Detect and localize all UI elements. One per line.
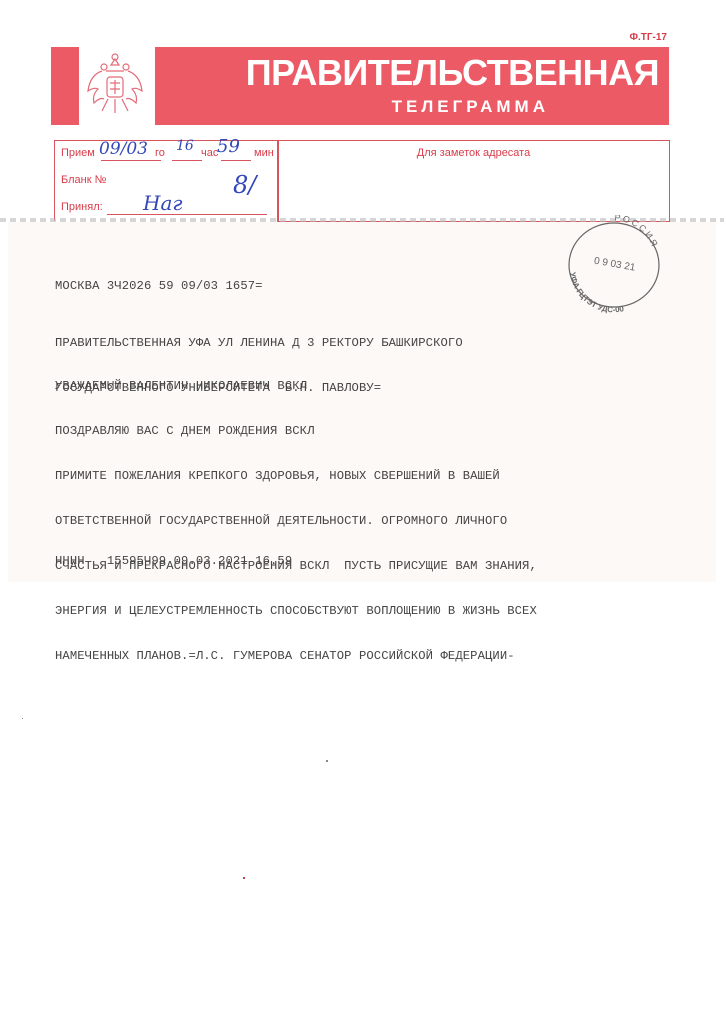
hour-label: час (201, 147, 218, 159)
header-subtitle: ТЕЛЕГРАММА (155, 97, 549, 117)
postmark-stamp: РОССИЯ 0 9 03 21 УФА ГЦТЭТ УДС-00 (560, 215, 668, 315)
received-hour: 16 (176, 138, 194, 154)
header-band-left (51, 47, 79, 125)
received-minute: 59 (217, 136, 240, 157)
minute-label: мин (254, 147, 274, 159)
year-suffix: го (155, 147, 165, 159)
body-line: ЭНЕРГИЯ И ЦЕЛЕУСТРЕМЛЕННОСТЬ СПОСОБСТВУЮ… (55, 604, 537, 619)
stamp-date: 0 9 03 21 (593, 256, 636, 274)
header-title: ПРАВИТЕЛЬСТВЕННАЯ (155, 53, 659, 93)
reception-box: Прием 09/03 го 16 час 59 мин Бланк № При… (54, 140, 279, 221)
scan-speck (22, 718, 23, 719)
accepted-signature: Наг (143, 191, 182, 215)
telegram-header-line: МОСКВА 3Ч2026 59 09/03 1657= (55, 279, 263, 294)
blank-number-label: Бланк № (61, 174, 106, 186)
scan-speck (243, 877, 245, 879)
scan-speck (326, 760, 328, 762)
accepted-label: Принял: (61, 201, 103, 213)
body-line: УВАЖАЕМЫЙ ВАЛЕНТИН НИКОЛАЕВИЧ ВСКЛ (55, 379, 537, 394)
form-code: Ф.ТГ-17 (629, 32, 667, 43)
accepted-number: 8/ (233, 171, 256, 199)
notes-label: Для заметок адресата (278, 147, 669, 159)
svg-text:УФА ГЦТЭТ УДС-00: УФА ГЦТЭТ УДС-00 (568, 272, 625, 315)
notes-box: Для заметок адресата (277, 140, 670, 222)
russian-coat-of-arms-icon (80, 47, 150, 125)
received-date: 09/03 (99, 139, 148, 159)
svg-text:РОССИЯ: РОССИЯ (614, 215, 660, 250)
body-line: ОТВЕТСТВЕННОЙ ГОСУДАРСТВЕННОЙ ДЕЯТЕЛЬНОС… (55, 514, 537, 529)
body-line: ПОЗДРАВЛЯЮ ВАС С ДНЕМ РОЖДЕНИЯ ВСКЛ (55, 424, 537, 439)
body-line: НАМЕЧЕННЫХ ПЛАНОВ.=Л.С. ГУМЕРОВА СЕНАТОР… (55, 649, 537, 664)
telegram-body: УВАЖАЕМЫЙ ВАЛЕНТИН НИКОЛАЕВИЧ ВСКЛ ПОЗДР… (55, 349, 537, 679)
received-label: Прием (61, 147, 95, 159)
telegram-footer-line: НННН 15595Ч99 09.03.2021 16.59 (55, 554, 292, 569)
stamp-top-text: РОССИЯ (614, 215, 660, 250)
header-band: ПРАВИТЕЛЬСТВЕННАЯ ТЕЛЕГРАММА (155, 47, 669, 125)
stamp-bottom-text: УФА ГЦТЭТ УДС-00 (568, 272, 625, 315)
body-line: ПРИМИТЕ ПОЖЕЛАНИЯ КРЕПКОГО ЗДОРОВЬЯ, НОВ… (55, 469, 537, 484)
